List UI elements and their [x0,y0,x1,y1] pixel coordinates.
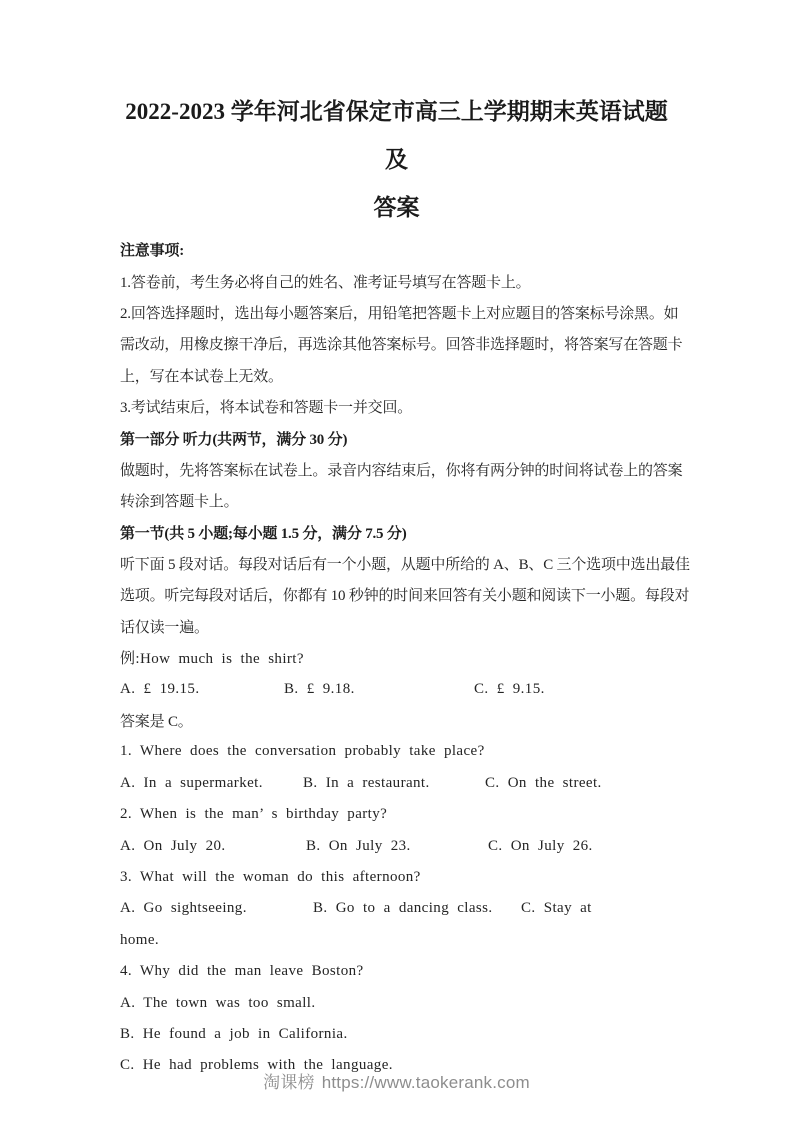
example-options: A. £ 19.15. B. £ 9.18. C. £ 9.15. [120,673,673,704]
question-3-options: A. Go sightseeing. B. Go to a dancing cl… [120,893,673,924]
question-2-options: A. On July 20. B. On July 23. C. On July… [120,830,673,861]
question-3-option-c: C. Stay at [521,900,673,917]
question-1-options: A. In a supermarket. B. In a restaurant.… [120,768,673,799]
question-1-option-c: C. On the street. [485,775,673,792]
question-1-option-a: A. In a supermarket. [120,775,303,792]
question-3-option-b: B. Go to a dancing class. [313,900,521,917]
notice-item-3: 3.考试结束后，将本试卷和答题卡一并交回。 [120,391,673,422]
notice-item-2-line-3: 上，写在本试卷上无效。 [120,360,673,391]
notice-item-1: 1.答卷前，考生务必将自己的姓名、准考证号填写在答题卡上。 [120,265,673,296]
notice-item-2-line-1: 2.回答选择题时，选出每小题答案后，用铅笔把答题卡上对应题目的答案标号涂黑。如 [120,297,673,328]
question-1-option-b: B. In a restaurant. [303,775,485,792]
section1-intro-line-3: 话仅读一遍。 [120,611,673,642]
question-1-text: 1. Where does the conversation probably … [120,736,673,767]
example-option-b: B. £ 9.18. [284,681,474,698]
notice-item-2-line-2: 需改动，用橡皮擦干净后，再选涂其他答案标号。回答非选择题时，将答案写在答题卡 [120,328,673,359]
question-3-option-c-wrap: home. [120,925,673,956]
section1-intro-line-2: 选项。听完每段对话后，你都有 10 秒钟的时间来回答有关小题和阅读下一小题。每段… [120,579,673,610]
example-answer: 答案是 C。 [120,705,673,736]
part1-intro-line-1: 做题时，先将答案标在试卷上。录音内容结束后，你将有两分钟的时间将试卷上的答案 [120,454,673,485]
example-option-c: C. £ 9.15. [474,681,673,698]
part1-intro-line-2: 转涂到答题卡上。 [120,485,673,516]
watermark-site-url: https://www.taokerank.com [322,1073,530,1092]
question-4-option-b: B. He found a job in California. [120,1019,673,1050]
exam-document-page: 2022-2023 学年河北省保定市高三上学期期末英语试题及 答案 注意事项: … [0,0,793,1122]
example-option-a: A. £ 19.15. [120,681,284,698]
notice-heading: 注意事项: [120,234,673,265]
watermark-footer: 淘课榜https://www.taokerank.com [0,1068,793,1093]
question-4-option-a: A. The town was too small. [120,987,673,1018]
document-body: 注意事项: 1.答卷前，考生务必将自己的姓名、准考证号填写在答题卡上。 2.回答… [120,234,673,1082]
question-2-option-b: B. On July 23. [306,838,488,855]
question-2-option-c: C. On July 26. [488,838,673,855]
question-2-text: 2. When is the man’ s birthday party? [120,799,673,830]
section1-intro-line-1: 听下面 5 段对话。每段对话后有一个小题，从题中所给的 A、B、C 三个选项中选… [120,548,673,579]
question-4-text: 4. Why did the man leave Boston? [120,956,673,987]
part1-heading: 第一部分 听力(共两节，满分 30 分) [120,422,673,453]
question-3-text: 3. What will the woman do this afternoon… [120,862,673,893]
document-title-line1: 2022-2023 学年河北省保定市高三上学期期末英语试题及 [120,88,673,184]
document-title-line2: 答案 [120,184,673,232]
document-title: 2022-2023 学年河北省保定市高三上学期期末英语试题及 答案 [120,88,673,232]
question-3-option-a: A. Go sightseeing. [120,900,313,917]
watermark-site-name: 淘课榜 [263,1073,315,1092]
section1-heading: 第一节(共 5 小题;每小题 1.5 分，满分 7.5 分) [120,517,673,548]
example-question: 例:How much is the shirt? [120,642,673,673]
question-2-option-a: A. On July 20. [120,838,306,855]
